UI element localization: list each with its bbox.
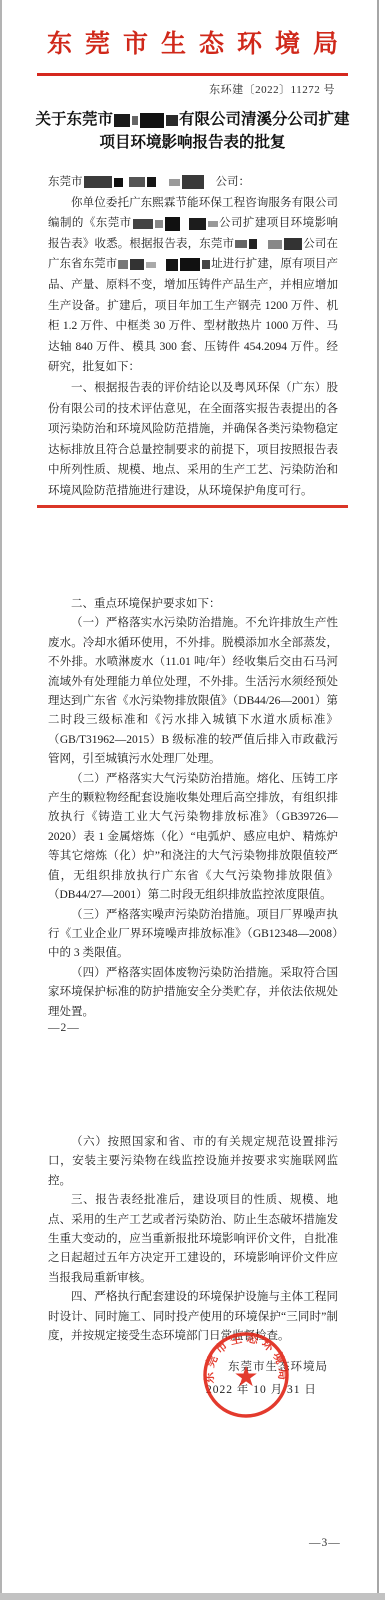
body-section-2: 二、重点环境保护要求如下： （一）严格落实水污染防治措施。不允许排放生产性废水。… — [0, 595, 385, 1020]
doc-number: 东环建〔2022〕11272 号 — [0, 83, 385, 97]
document-head: 东莞市生态环境局 东环建〔2022〕11272 号 关于东莞市有限公司清溪分公司… — [0, 0, 385, 172]
redaction-block-2 — [234, 238, 303, 250]
addressee-text: 公司： — [216, 176, 251, 188]
addressee-redaction — [83, 176, 216, 188]
red-divider-page2 — [37, 505, 348, 508]
paragraph-four: 四、严格执行配套建设的环境保护设施与主体工程同时设计、同时施工、同时投产使用的环… — [48, 1288, 338, 1346]
requirement-6: （六）按照国家和省、市的有关规定规范设置排污口，安装主要污染物在线监控设施并按要… — [48, 1133, 338, 1191]
requirement-3: （三）严格落实噪声污染防治措施。项目厂界噪声执行《工业企业厂界环境噪声排放标准》… — [48, 906, 338, 964]
page-edge-left — [0, 0, 2, 1600]
redaction-block-1 — [132, 217, 219, 229]
title-text: 关于东莞市 — [35, 111, 113, 128]
title-text: 有限公司清溪分公司扩建 — [179, 111, 350, 128]
seal-star-icon: ★ — [233, 1360, 258, 1393]
page-number-2: —2— — [48, 1022, 80, 1034]
agency-header: 东莞市生态环境局 — [0, 0, 385, 60]
intro-text: 址进行扩建，原有项目产品、产量、原料不变，增加压铸件产品生产，并相应增加生产设备… — [48, 258, 338, 373]
requirement-1: （一）严格落实水污染防治措施。不允许排放生产性废水。冷却水循环使用，不外排。脱模… — [48, 614, 338, 769]
official-seal: 东莞市生态环境局 ★ — [200, 1329, 292, 1421]
redaction-block-3 — [117, 258, 211, 270]
title-redaction — [113, 111, 179, 128]
body-section-1: 东莞市公司： 你单位委托广东熙霖节能环保工程咨询服务有限公司编制的《东莞市公司扩… — [0, 172, 385, 505]
title-line-2: 项目环境影响报告表的批复 — [0, 131, 385, 154]
addressee-line: 东莞市公司： — [48, 172, 338, 193]
document-title: 关于东莞市有限公司清溪分公司扩建 项目环境影响报告表的批复 — [0, 108, 385, 154]
requirement-2: （二）严格落实大气污染防治措施。熔化、压铸工序产生的颗粒物经配套设施收集处理后高… — [48, 770, 338, 906]
seal-graphic: 东莞市生态环境局 ★ — [200, 1329, 292, 1421]
page-edge-right — [377, 0, 379, 1595]
paragraph-one: 一、根据报告表的评价结论以及粤风环保（广东）股份有限公司的技术评估意见，在全面落… — [48, 378, 338, 502]
paragraph-intro: 你单位委托广东熙霖节能环保工程咨询服务有限公司编制的《东莞市公司扩建项目环境影响… — [48, 193, 338, 378]
requirement-4: （四）严格落实固体废物污染防治措施。采取符合国家环境保护标准的防护措施安全分类贮… — [48, 964, 338, 1020]
paragraph-five: 五、项目需符合法律法规，涉及其他许可事项的，须依法申请取得。 — [48, 1346, 338, 1348]
page-edge-bottom — [0, 1593, 385, 1600]
section-two-heading: 二、重点环境保护要求如下： — [48, 595, 338, 614]
addressee-text: 东莞市 — [48, 176, 83, 188]
page-number-3: —3— — [309, 1537, 341, 1549]
paragraph-three: 三、报告表经批准后，建设项目的性质、规模、地点、采用的生产工艺或者污染防治、防止… — [48, 1191, 338, 1288]
title-line-1: 关于东莞市有限公司清溪分公司扩建 — [0, 108, 385, 131]
red-divider-top — [37, 73, 348, 76]
document-page: 东莞市生态环境局 东环建〔2022〕11272 号 关于东莞市有限公司清溪分公司… — [0, 0, 385, 1600]
body-section-3: （六）按照国家和省、市的有关规定规范设置排污口，安装主要污染物在线监控设施并按要… — [0, 1133, 385, 1348]
